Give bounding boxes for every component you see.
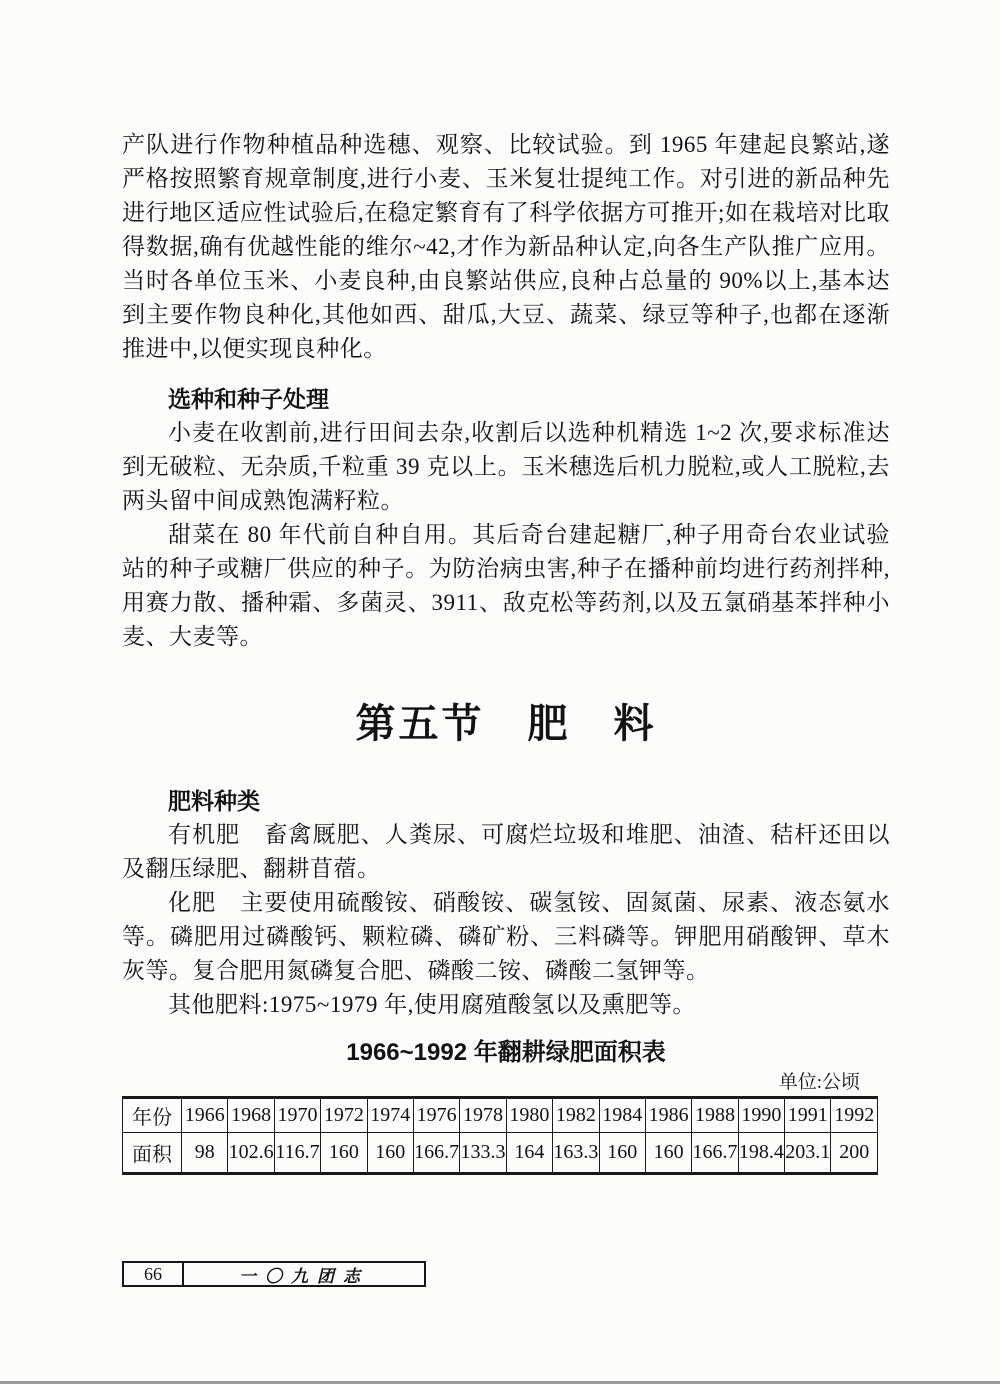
value-cell: 198.4 — [738, 1133, 784, 1174]
value-cell: 160 — [599, 1133, 645, 1174]
value-cell: 1974 — [367, 1098, 413, 1133]
paragraph-seed-breeding: 产队进行作物种植品种选穗、观察、比较试验。到 1965 年建起良繁站,遂严格按照… — [122, 128, 890, 366]
value-cell: 1968 — [228, 1098, 274, 1133]
value-cell: 203.1 — [785, 1133, 831, 1174]
value-cell: 160 — [367, 1133, 413, 1174]
text-block: 产队进行作物种植品种选穗、观察、比较试验。到 1965 年建起良繁站,遂严格按照… — [0, 0, 1000, 1175]
subheading-fertilizer-types: 肥料种类 — [122, 784, 890, 818]
value-cell: 133.3 — [460, 1133, 506, 1174]
value-cell: 1986 — [645, 1098, 691, 1133]
section-heading-fertilizer: 第五节 肥 料 — [122, 700, 890, 748]
value-cell: 1988 — [692, 1098, 738, 1133]
value-cell: 1984 — [599, 1098, 645, 1133]
value-cell: 1982 — [553, 1098, 599, 1133]
value-cell: 116.7 — [274, 1133, 320, 1174]
value-cell: 1978 — [460, 1098, 506, 1133]
paragraph-beet-seed: 甜菜在 80 年代前自种自用。其后奇台建起糖厂,种子用奇台农业试验站的种子或糖厂… — [122, 518, 890, 654]
value-cell: 1980 — [506, 1098, 552, 1133]
value-cell: 166.7 — [692, 1133, 738, 1174]
value-cell: 1972 — [321, 1098, 367, 1133]
document-page: 产队进行作物种植品种选穗、观察、比较试验。到 1965 年建起良繁站,遂严格按照… — [0, 0, 1000, 1384]
green-manure-area-table: 年份19661968197019721974197619781980198219… — [122, 1096, 878, 1175]
value-cell: 200 — [831, 1133, 878, 1174]
row-label-cell: 面积 — [123, 1133, 182, 1174]
value-cell: 166.7 — [413, 1133, 459, 1174]
value-cell: 1966 — [182, 1098, 228, 1133]
value-cell: 1991 — [785, 1098, 831, 1133]
table-header-row: 年份19661968197019721974197619781980198219… — [123, 1098, 878, 1133]
paragraph-chemical-fertilizer: 化肥 主要使用硫酸铵、硝酸铵、碳氢铵、固氮菌、尿素、液态氨水等。磷肥用过磷酸钙、… — [122, 886, 890, 988]
table-unit-label: 单位:公顷 — [122, 1070, 890, 1096]
table-data-row: 面积98102.6116.7160160166.7133.3164163.316… — [123, 1133, 878, 1174]
value-cell: 164 — [506, 1133, 552, 1174]
paragraph-organic-fertilizer: 有机肥 畜禽厩肥、人粪尿、可腐烂垃圾和堆肥、油渣、秸杆还田以及翻压绿肥、翻耕苜蓿… — [122, 818, 890, 886]
footer-page-box: 66 一〇九团志 — [122, 1261, 426, 1287]
paragraph-other-fertilizer: 其他肥料:1975~1979 年,使用腐殖酸氢以及熏肥等。 — [122, 988, 890, 1022]
value-cell: 160 — [321, 1133, 367, 1174]
subheading-seed-selection: 选种和种子处理 — [122, 382, 890, 416]
value-cell: 1976 — [413, 1098, 459, 1133]
row-label-cell: 年份 — [123, 1098, 182, 1133]
value-cell: 1970 — [274, 1098, 320, 1133]
value-cell: 160 — [645, 1133, 691, 1174]
paragraph-wheat-selection: 小麦在收割前,进行田间去杂,收割后以选种机精选 1~2 次,要求标准达到无破粒、… — [122, 416, 890, 518]
value-cell: 98 — [182, 1133, 228, 1174]
book-title: 一〇九团志 — [184, 1262, 424, 1287]
page-number: 66 — [124, 1263, 184, 1285]
value-cell: 163.3 — [553, 1133, 599, 1174]
table-title: 1966~1992 年翻耕绿肥面积表 — [122, 1036, 890, 1070]
value-cell: 1992 — [831, 1098, 878, 1133]
value-cell: 102.6 — [228, 1133, 274, 1174]
value-cell: 1990 — [738, 1098, 784, 1133]
